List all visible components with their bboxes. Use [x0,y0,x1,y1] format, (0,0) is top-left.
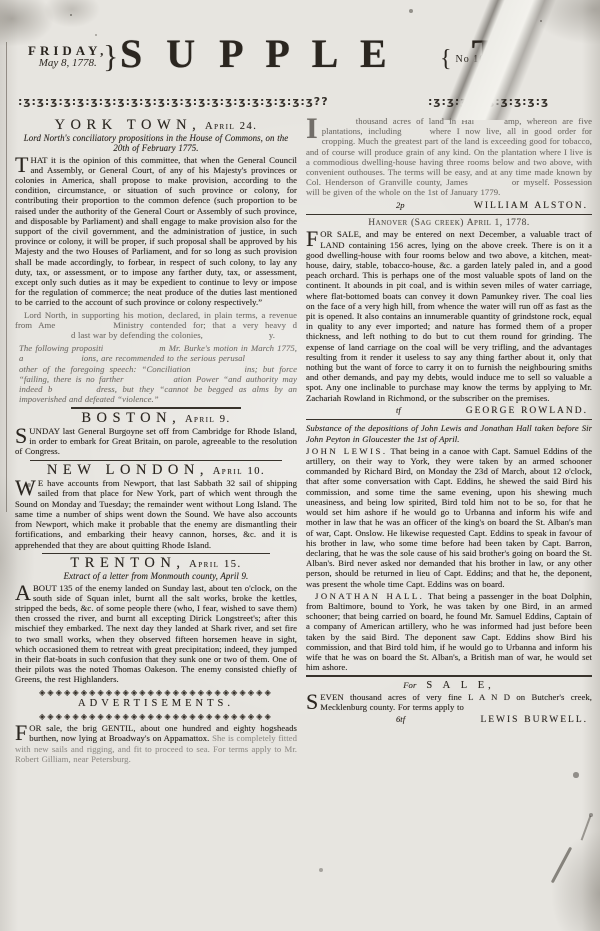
section-divider [306,214,592,215]
ornament-band-left: :ʒ:ʒ:ʒ:ʒ:ʒ:ʒ:ʒ:ʒ:ʒ:ʒ:ʒ:ʒ:ʒ:ʒ:ʒ:ʒ:ʒ:ʒ:ʒ:ʒ… [18,95,360,108]
damaged-gap [124,375,174,382]
burke-quotation-paragraph: The following propositim Mr. Burke's mot… [19,343,297,404]
rowland-signature-line: tfGEORGE ROWLAND. [306,405,588,416]
boston-heading: BOSTON, April 9. [15,413,297,425]
damaged-gap [468,178,512,185]
yorktown-heading: YORK TOWN, April 24. [15,120,297,132]
yorktown-subhead: Lord North's conciliatory propositions i… [15,133,297,153]
damaged-gap [203,331,269,338]
section-divider [71,407,241,408]
dropcap: S [306,693,318,710]
dropcap: F [15,724,27,741]
signature-name: WILLIAM ALSTON. [474,201,588,211]
left-column: YORK TOWN, April 24. Lord North's concil… [15,116,297,766]
diamond-ornament-row: ◈◈◈◈◈◈◈◈◈◈◈◈◈◈◈◈◈◈◈◈◈◈◈◈◈◈◈◈ [15,688,297,698]
ornament-band-right: :ʒ:ʒ:ʒ:ʒ:ʒ:ʒ:ʒ:ʒ:ʒ [428,95,578,108]
trenton-heading: TRENTON, April 15. [15,558,297,570]
hall-deposition-paragraph: JONATHAN HALL. That being a passenger in… [306,591,592,673]
damaged-gap [402,127,430,134]
advertisements-title: ADVERTISEMENTS. [15,699,297,709]
masthead-dateblock: FRIDAY, May 8, 1778. [28,44,107,69]
newlondon-heading: NEW LONDON, April 10. [15,465,297,477]
damaged-gap [322,117,356,124]
right-column: Ithousand acres of land in Halamp, where… [306,116,592,728]
boston-paragraph: SUNDAY last General Burgoyne set off fro… [15,426,297,457]
section-divider [306,675,592,676]
section-divider [306,419,592,420]
dropcap: I [306,117,318,141]
masthead-brace: } [103,38,118,75]
masthead-day: FRIDAY, [28,44,107,58]
yorktown-paragraph: THAT it is the opinion of this committee… [15,155,297,308]
ad-run-mark: 6tf [396,714,405,724]
ad-run-mark: tf [396,405,401,415]
dropcap: F [306,230,318,247]
alston-advertisement: Ithousand acres of land in Halamp, where… [306,116,592,198]
dropcap: T [15,156,29,173]
lewis-deposition-paragraph: JOHN LEWIS. That being in a canoe with C… [306,446,592,589]
rowland-advertisement: FOR SALE, and may be entered on next Dec… [306,229,592,402]
dropcap: W [15,479,36,496]
corner-smudge [551,847,572,884]
signature-name: LEWIS BURWELL. [480,715,588,725]
alston-signature-line: 2pWILLIAM ALSTON. [306,200,588,211]
damaged-gap [15,331,71,338]
deponent-name: JOHN LEWIS. [306,446,388,456]
dropcap: S [15,427,27,444]
corner-smudge-small [581,815,592,840]
depositions-subhead: Substance of the depositions of John Lew… [306,423,592,443]
burwell-advertisement: SEVEN thousand acres of very fine L A N … [306,692,592,712]
damaged-gap [103,344,159,351]
paper-specks [70,14,72,16]
forsale-heading: ForS A L E, [306,680,592,691]
gentil-advertisement: FOR sale, the brig GENTIL, about one hun… [15,723,297,764]
section-divider [42,553,270,554]
hanover-dateline: Hanover (Sag creek) April 1, 1778. [306,218,592,228]
burwell-signature-line: 6tfLEWIS BURWELL. [306,714,588,725]
issue-number-block: { No 162. [440,46,495,73]
signature-name: GEORGE ROWLAND. [466,406,588,416]
trenton-paragraph: ABOUT 135 of the enemy landed on Sunday … [15,583,297,685]
damaged-gap [245,354,297,361]
issue-number: No 162. [456,54,495,65]
damaged-gap [23,354,81,361]
north-motion-paragraph: Lord North, in supporting his motion, de… [15,310,297,341]
damaged-gap [52,385,96,392]
newlondon-paragraph: WE have accounts from Newport, that last… [15,478,297,549]
masthead-title-first: S U P P L E [120,31,394,76]
paper-edge-line [6,42,7,512]
trenton-subhead: Extract of a letter from Monmouth county… [15,571,297,581]
damaged-gap [474,117,504,124]
damaged-gap [55,321,113,328]
diamond-ornament-row: ◈◈◈◈◈◈◈◈◈◈◈◈◈◈◈◈◈◈◈◈◈◈◈◈◈◈◈◈ [15,712,297,722]
issue-brace: { [440,46,452,72]
deponent-name: JONATHAN HALL. [315,591,424,601]
ad-run-mark: 2p [396,200,405,210]
newspaper-page: FRIDAY, May 8, 1778. } S U P P L ET { No… [0,0,600,931]
masthead-date: May 8, 1778. [28,58,107,70]
section-divider [30,460,282,461]
damaged-gap [191,365,245,372]
dropcap: A [15,584,31,601]
